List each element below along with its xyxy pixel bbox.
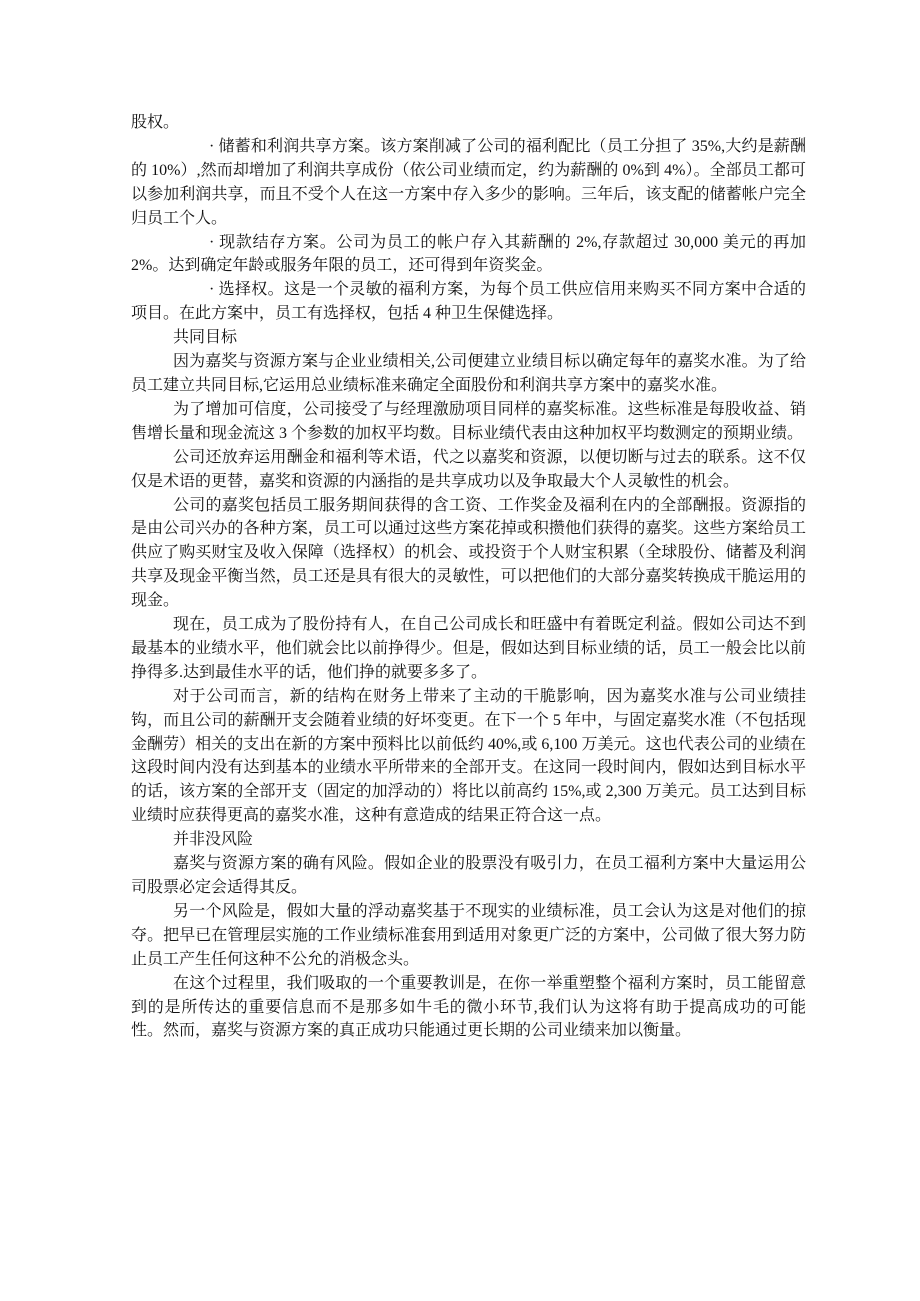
paragraph: 现在，员工成为了股份持有人，在自己公司成长和旺盛中有着既定利益。假如公司达不到最… <box>131 613 806 685</box>
paragraph: 为了增加可信度，公司接受了与经理激励项目同样的嘉奖标准。这些标准是每股收益、销售… <box>131 398 806 446</box>
paragraph: 公司还放弃运用酬金和福利等术语，代之以嘉奖和资源，以便切断与过去的联系。这不仅仅… <box>131 446 806 494</box>
paragraph: 因为嘉奖与资源方案与企业业绩相关,公司便建立业绩目标以确定每年的嘉奖水准。为了给… <box>131 350 806 398</box>
document-page: 股权。 · 储蓄和利润共享方案。该方案削减了公司的福利配比（员工分担了 35%,… <box>0 0 920 1301</box>
bullet-item: · 现款结存方案。公司为员工的帐户存入其薪酬的 2%,存款超过 30,000 美… <box>131 231 806 279</box>
section-heading: 并非没风险 <box>131 828 806 852</box>
paragraph: 另一个风险是，假如大量的浮动嘉奖基于不现实的业绩标准，员工会认为这是对他们的掠夺… <box>131 900 806 972</box>
paragraph-continuation: 股权。 <box>131 111 806 135</box>
paragraph: 在这个过程里，我们吸取的一个重要教训是，在你一举重塑整个福利方案时，员工能留意到… <box>131 972 806 1044</box>
paragraph: 嘉奖与资源方案的确有风险。假如企业的股票没有吸引力，在员工福利方案中大量运用公司… <box>131 852 806 900</box>
paragraph: 对于公司而言，新的结构在财务上带来了主动的干脆影响，因为嘉奖水准与公司业绩挂钩，… <box>131 685 806 828</box>
section-heading: 共同目标 <box>131 326 806 350</box>
bullet-item: · 选择权。这是一个灵敏的福利方案，为每个员工供应信用来购买不同方案中合适的项目… <box>131 278 806 326</box>
bullet-item: · 储蓄和利润共享方案。该方案削减了公司的福利配比（员工分担了 35%,大约是薪… <box>131 135 806 231</box>
paragraph: 公司的嘉奖包括员工服务期间获得的含工资、工作奖金及福利在内的全部酬报。资源指的是… <box>131 494 806 614</box>
